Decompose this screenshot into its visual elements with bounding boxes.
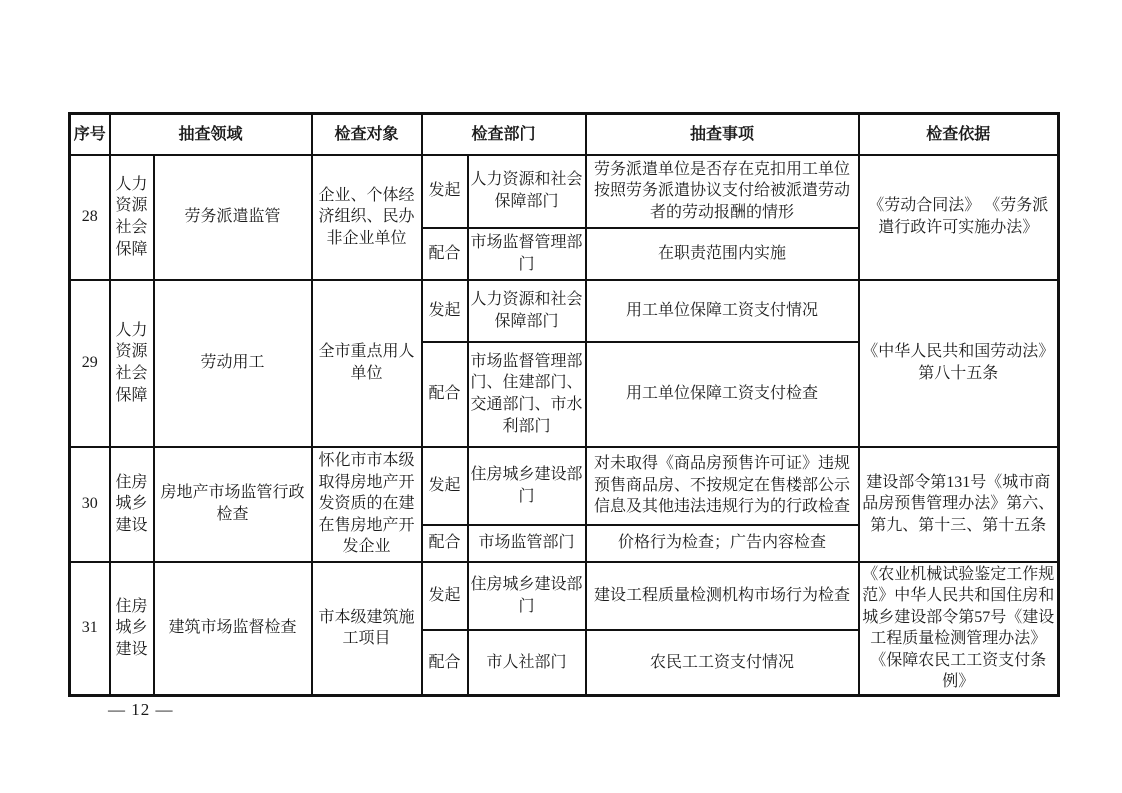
header-basis: 检查依据 <box>859 114 1059 155</box>
cell-no: 31 <box>70 562 110 696</box>
cell-cooperate-matter: 农民工工资支付情况 <box>586 630 859 696</box>
cell-category: 住房城乡建设 <box>110 447 154 562</box>
cell-initiate-dept: 住房城乡建设部门 <box>468 447 586 525</box>
role-cooperate-label: 配合 <box>422 630 468 696</box>
header-matters: 抽查事项 <box>586 114 859 155</box>
cell-no: 28 <box>70 155 110 280</box>
header-department: 检查部门 <box>422 114 586 155</box>
cell-field: 劳动用工 <box>154 280 312 447</box>
page-number: — 12 — <box>108 700 174 720</box>
document-page: 序号 抽查领域 检查对象 检查部门 抽查事项 检查依据 28 人力资源社会保障 … <box>0 0 1122 793</box>
cell-initiate-dept: 人力资源和社会保障部门 <box>468 155 586 228</box>
cell-initiate-matter: 劳务派遣单位是否存在克扣用工单位按照劳务派遣协议支付给被派遣劳动者的劳动报酬的情… <box>586 155 859 228</box>
role-initiate-label: 发起 <box>422 562 468 630</box>
table-row-30-initiate: 30 住房城乡建设 房地产市场监管行政检查 怀化市市本级取得房地产开发资质的在建… <box>70 447 1059 525</box>
cell-cooperate-matter: 用工单位保障工资支付检查 <box>586 342 859 447</box>
cell-initiate-matter: 用工单位保障工资支付情况 <box>586 280 859 342</box>
header-target: 检查对象 <box>312 114 422 155</box>
role-initiate-label: 发起 <box>422 447 468 525</box>
cell-no: 30 <box>70 447 110 562</box>
cell-cooperate-dept: 市场监督管理部门、住建部门、交通部门、市水利部门 <box>468 342 586 447</box>
cell-category: 人力资源社会保障 <box>110 155 154 280</box>
header-field: 抽查领域 <box>110 114 312 155</box>
role-cooperate-label: 配合 <box>422 525 468 562</box>
cell-field: 劳务派遣监管 <box>154 155 312 280</box>
cell-target: 市本级建筑施工项目 <box>312 562 422 696</box>
cell-no: 29 <box>70 280 110 447</box>
role-cooperate-label: 配合 <box>422 342 468 447</box>
cell-initiate-dept: 住房城乡建设部门 <box>468 562 586 630</box>
cell-basis: 《中华人民共和国劳动法》第八十五条 <box>859 280 1059 447</box>
cell-category: 住房城乡建设 <box>110 562 154 696</box>
table-row-28-initiate: 28 人力资源社会保障 劳务派遣监管 企业、个体经济组织、民办非企业单位 发起 … <box>70 155 1059 228</box>
inspection-table: 序号 抽查领域 检查对象 检查部门 抽查事项 检查依据 28 人力资源社会保障 … <box>68 112 1060 697</box>
cell-basis: 建设部令第131号《城市商品房预售管理办法》第六、第九、第十三、第十五条 <box>859 447 1059 562</box>
cell-category: 人力资源社会保障 <box>110 280 154 447</box>
cell-target: 企业、个体经济组织、民办非企业单位 <box>312 155 422 280</box>
cell-cooperate-matter: 价格行为检查；广告内容检查 <box>586 525 859 562</box>
cell-initiate-matter: 对未取得《商品房预售许可证》违规预售商品房、不按规定在售楼部公示信息及其他违法违… <box>586 447 859 525</box>
cell-target: 全市重点用人单位 <box>312 280 422 447</box>
cell-field: 建筑市场监督检查 <box>154 562 312 696</box>
header-no: 序号 <box>70 114 110 155</box>
cell-cooperate-dept: 市场监督管理部门 <box>468 228 586 280</box>
cell-cooperate-dept: 市场监管部门 <box>468 525 586 562</box>
cell-cooperate-matter: 在职责范围内实施 <box>586 228 859 280</box>
cell-initiate-matter: 建设工程质量检测机构市场行为检查 <box>586 562 859 630</box>
cell-initiate-dept: 人力资源和社会保障部门 <box>468 280 586 342</box>
cell-target: 怀化市市本级取得房地产开发资质的在建在售房地产开发企业 <box>312 447 422 562</box>
role-initiate-label: 发起 <box>422 280 468 342</box>
table-header-row: 序号 抽查领域 检查对象 检查部门 抽查事项 检查依据 <box>70 114 1059 155</box>
cell-cooperate-dept: 市人社部门 <box>468 630 586 696</box>
role-cooperate-label: 配合 <box>422 228 468 280</box>
cell-basis: 《劳动合同法》 《劳务派遣行政许可实施办法》 <box>859 155 1059 280</box>
cell-basis: 《农业机械试验鉴定工作规范》中华人民共和国住房和城乡建设部令第57号《建设工程质… <box>859 562 1059 696</box>
table-row-31-initiate: 31 住房城乡建设 建筑市场监督检查 市本级建筑施工项目 发起 住房城乡建设部门… <box>70 562 1059 630</box>
role-initiate-label: 发起 <box>422 155 468 228</box>
table-row-29-initiate: 29 人力资源社会保障 劳动用工 全市重点用人单位 发起 人力资源和社会保障部门… <box>70 280 1059 342</box>
cell-field: 房地产市场监管行政检查 <box>154 447 312 562</box>
